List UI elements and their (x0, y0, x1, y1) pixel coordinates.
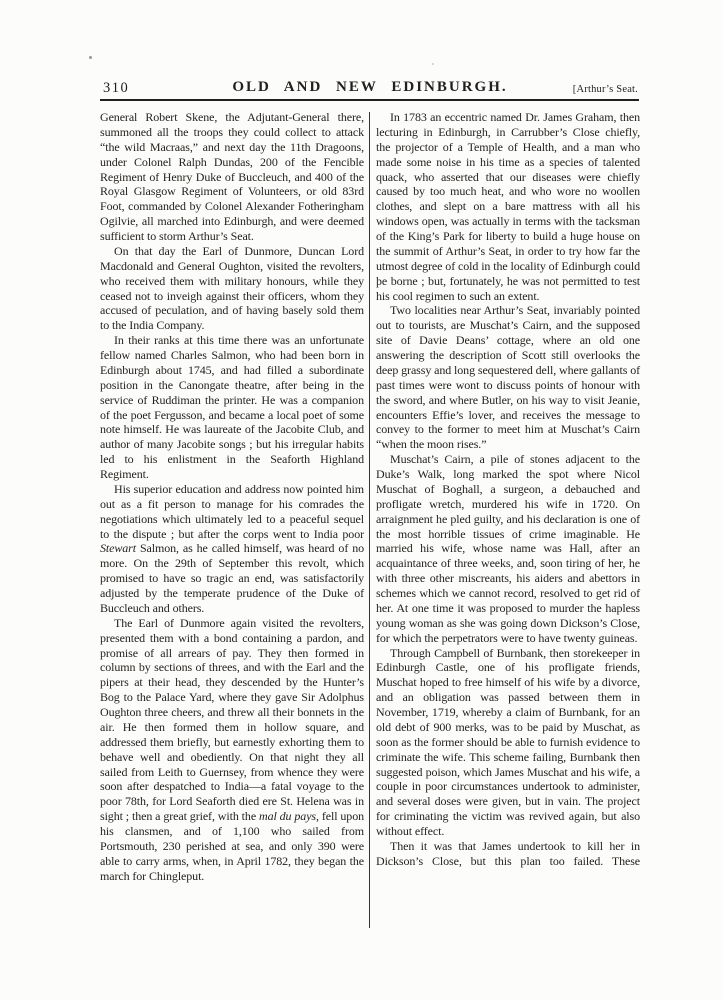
book-page: 310 OLD AND NEW EDINBURGH. [Arthur’s Sea… (0, 0, 722, 1000)
column-right: In 1783 an eccentric named Dr. James Gra… (376, 110, 640, 869)
paragraph: General Robert Skene, the Adjutant-Gener… (100, 110, 364, 244)
text-body: General Robert Skene, the Adjutant-Gener… (100, 110, 640, 945)
page-title: OLD AND NEW EDINBURGH. (100, 79, 640, 96)
scan-speck (432, 63, 434, 65)
paragraph: On that day the Earl of Dunmore, Duncan … (100, 244, 364, 333)
paragraph: Two localities near Arthur’s Seat, invar… (376, 303, 640, 452)
paragraph: His superior education and address now p… (100, 482, 364, 616)
paragraph: Through Campbell of Burnbank, then store… (376, 646, 640, 839)
scan-speck (89, 56, 92, 59)
paragraph: In 1783 an eccentric named Dr. James Gra… (376, 110, 640, 303)
paragraph: Then it was that James undertook to kill… (376, 839, 640, 869)
column-divider (369, 112, 370, 928)
paragraph: Muschat’s Cairn, a pile of stones adjace… (376, 452, 640, 645)
paragraph: The Earl of Dunmore again visited the re… (100, 616, 364, 884)
running-title: [Arthur’s Seat. (573, 84, 638, 95)
header-rule (100, 99, 639, 101)
paragraph: In their ranks at this time there was an… (100, 333, 364, 482)
column-left: General Robert Skene, the Adjutant-Gener… (100, 110, 364, 884)
